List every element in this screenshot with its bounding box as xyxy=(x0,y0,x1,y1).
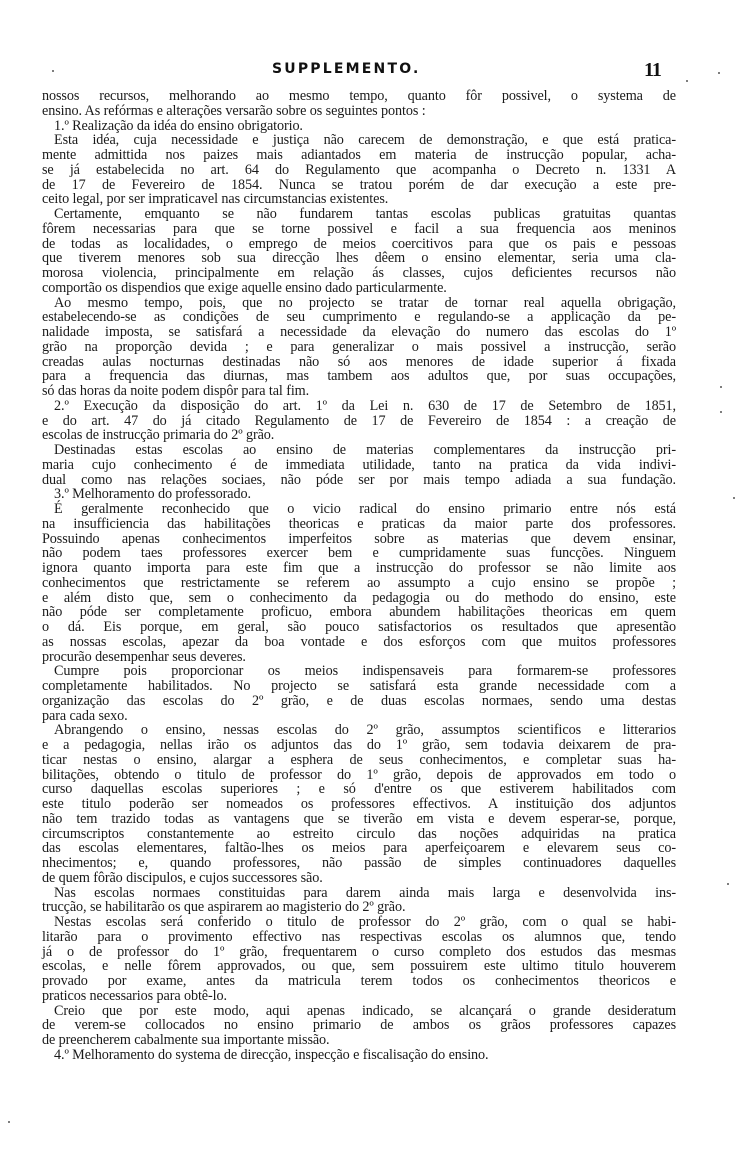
text-line: para a frequencia das diurnas, mas tambe… xyxy=(42,369,676,384)
text-line: provado por exame, antes da matricula te… xyxy=(42,974,676,989)
text-line: nhecimentos; e, quando professores, não … xyxy=(42,856,676,871)
text-line: 2.º Execução da disposição do art. 1º da… xyxy=(42,399,676,414)
running-title: SUPPLEMENTO. xyxy=(272,61,421,77)
text-line: fôrem necessarias para que se torne poss… xyxy=(42,222,676,237)
text-line: e do art. 47 do já citado Regulamento de… xyxy=(42,414,676,429)
text-line: creadas aulas nocturnas destinadas não s… xyxy=(42,355,676,370)
text-line: Ao mesmo tempo, pois, que no projecto se… xyxy=(42,296,676,311)
text-line: litarão para o provimento effectivo nas … xyxy=(42,930,676,945)
print-speck xyxy=(718,72,720,74)
text-line: só das horas da noite podem dispôr para … xyxy=(42,384,676,399)
text-line: bilitações, obtendo o titulo de professo… xyxy=(42,768,676,783)
text-line: Nestas escolas será conferido o titulo d… xyxy=(42,915,676,930)
text-line: de 17 de Fevereiro de 1854. Nunca se tra… xyxy=(42,178,676,193)
text-line: se já estabelecida no art. 64 do Regulam… xyxy=(42,163,676,178)
text-line: escolas de instrucção primaria do 2º grã… xyxy=(42,428,676,443)
text-line: mente admittida nos paizes mais adiantad… xyxy=(42,148,676,163)
text-line: Cumpre pois proporcionar os meios indisp… xyxy=(42,664,676,679)
text-line: de verem-se collocados no ensino primari… xyxy=(42,1018,676,1033)
text-line: completamente habilitados. No projecto s… xyxy=(42,679,676,694)
print-speck xyxy=(720,386,722,388)
text-line: comportão os dispendios que exige aquell… xyxy=(42,281,676,296)
text-line: conhecimentos que restrictamente se refe… xyxy=(42,576,676,591)
print-speck xyxy=(8,1121,10,1123)
section-heading-line: 1.º Realização da idéa do ensino obrigat… xyxy=(42,119,676,134)
text-line: Destinadas estas escolas ao ensino de ma… xyxy=(42,443,676,458)
text-line: Possuindo apenas conhecimentos imperfeit… xyxy=(42,532,676,547)
text-line: circumscriptos constantemente ao estreit… xyxy=(42,827,676,842)
text-line: grão na proporção devida ; e para genera… xyxy=(42,340,676,355)
running-header: SUPPLEMENTO. 11 xyxy=(0,61,746,85)
text-line: o dá. Eis porque, em geral, são pouco sa… xyxy=(42,620,676,635)
text-line: escolas, e nelle fôrem approvados, ou qu… xyxy=(42,959,676,974)
text-line: procurão desempenhar seus deveres. xyxy=(42,650,676,665)
text-line: para cada sexo. xyxy=(42,709,676,724)
print-speck xyxy=(52,70,54,72)
text-line: Abrangendo o ensino, nessas escolas do 2… xyxy=(42,723,676,738)
text-line: ensino. As refórmas e alterações versarã… xyxy=(42,104,676,119)
text-line: as nossas escolas, apezar da boa vontade… xyxy=(42,635,676,650)
text-line: morosa violencia, principalmente em rela… xyxy=(42,266,676,281)
text-line: Certamente, emquanto se não fundarem tan… xyxy=(42,207,676,222)
text-line: não póde ser completamente proficuo, emb… xyxy=(42,605,676,620)
print-speck xyxy=(686,80,688,82)
text-line: na insufficiencia das habilitações theor… xyxy=(42,517,676,532)
document-page: SUPPLEMENTO. 11 nossos recursos, melhora… xyxy=(0,0,746,1161)
text-line: das escolas elementares, faltão-lhes os … xyxy=(42,841,676,856)
text-line: de preencherem cabalmente sua importante… xyxy=(42,1033,676,1048)
text-line: Esta idéa, cuja necessidade e justiça nã… xyxy=(42,133,676,148)
text-line: não podem taes professores exercer bem e… xyxy=(42,546,676,561)
text-line: de todas as localidades, o emprego de me… xyxy=(42,237,676,252)
section-heading-line: 4.º Melhoramento do systema de direcção,… xyxy=(42,1048,676,1063)
text-line: curso daquellas escolas superiores ; e s… xyxy=(42,782,676,797)
text-line: É geralmente reconhecido que o vicio rad… xyxy=(42,502,676,517)
text-line: que tiverem menores sob sua direcção lhe… xyxy=(42,251,676,266)
text-line: nalidade imposta, se satisfará a necessi… xyxy=(42,325,676,340)
text-line: trucção, se habilitarão os que aspirarem… xyxy=(42,900,676,915)
text-line: estabelecendo-se as condições de seu cum… xyxy=(42,310,676,325)
text-line: não tem trazido todas as vantagens que s… xyxy=(42,812,676,827)
text-line: ignora quanto importa para este fim que … xyxy=(42,561,676,576)
text-line: e a pedagogia, nellas irão os adjuntos d… xyxy=(42,738,676,753)
text-line: e além disto que, sem o conhecimento da … xyxy=(42,591,676,606)
text-line: já o de professor do 1º grão, frequentar… xyxy=(42,945,676,960)
text-line: ceito legal, por ser impraticavel nas ci… xyxy=(42,192,676,207)
text-line: este titulo poderão ser nomeados os prof… xyxy=(42,797,676,812)
page-number: 11 xyxy=(644,59,661,82)
body-text: nossos recursos, melhorando ao mesmo tem… xyxy=(42,89,676,1063)
print-speck xyxy=(733,497,735,499)
text-line: ticar nestas o ensino, alargar a esphera… xyxy=(42,753,676,768)
text-line: praticos necessarios para obtê-lo. xyxy=(42,989,676,1004)
print-speck xyxy=(727,883,729,885)
text-line: maria cujo conhecimento é de immediata u… xyxy=(42,458,676,473)
text-line: Nas escolas normaes constituidas para da… xyxy=(42,886,676,901)
text-line: dual como nas relações sociaes, não póde… xyxy=(42,473,676,488)
text-line: de quem fôrão discipulos, e cujos succes… xyxy=(42,871,676,886)
print-speck xyxy=(720,411,722,413)
text-line: Creio que por este modo, aqui apenas ind… xyxy=(42,1004,676,1019)
section-heading-line: 3.º Melhoramento do professorado. xyxy=(42,487,676,502)
text-line: nossos recursos, melhorando ao mesmo tem… xyxy=(42,89,676,104)
text-line: organização das escolas do 2º grão, e de… xyxy=(42,694,676,709)
